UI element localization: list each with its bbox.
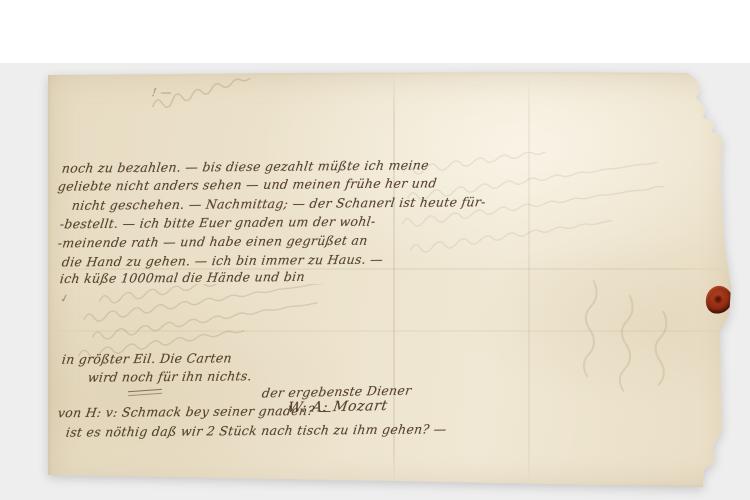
handwritten-line: nicht geschehen. — Nachmittag; — der Sch… — [71, 194, 487, 213]
handwritten-line: noch zu bezahlen. — bis diese gezahlt mü… — [61, 157, 430, 175]
valediction-line: der ergebenste Diener — [261, 383, 413, 401]
handwritten-line: -meinende rath — und habe einen gegrüßet… — [57, 233, 369, 251]
margin-check-mark: ✓ — [59, 291, 71, 306]
handwritten-line: ich küße 1000mal die Hände und bin — [59, 269, 306, 286]
handwritten-line: -bestellt. — ich bitte Euer gnaden um de… — [59, 214, 377, 232]
handwritten-line: in größter Eil. Die Carten — [61, 350, 233, 367]
vertical-fold-crease — [528, 72, 530, 487]
paper-sheet: ! — noch zu bezahlen. — bis diese gezahl… — [48, 72, 732, 487]
handwritten-ghost-mark: ! — — [151, 86, 173, 99]
horizontal-fold-crease — [48, 330, 732, 332]
show-through-script — [548, 277, 703, 422]
show-through-script — [400, 152, 695, 282]
show-through-script — [148, 78, 363, 110]
show-through-script — [70, 284, 390, 360]
postscript-line: ist es nöthig daß wir 2 Stück nach tisch… — [65, 421, 448, 439]
handwritten-line: die Hand zu gehen. — ich bin immer zu Ha… — [61, 252, 384, 270]
signature: W: A: Mozart — [287, 398, 389, 416]
handwritten-line: wird noch für ihn nichts. — [87, 368, 253, 384]
wax-seal — [703, 283, 735, 316]
letter-paper: ! — noch zu bezahlen. — bis diese gezahl… — [48, 72, 732, 487]
underline-flourish — [128, 389, 162, 396]
handwritten-line: geliebte nicht anders sehen — und meinen… — [57, 175, 438, 193]
photo-of-letter: ! — noch zu bezahlen. — bis diese gezahl… — [0, 0, 750, 500]
